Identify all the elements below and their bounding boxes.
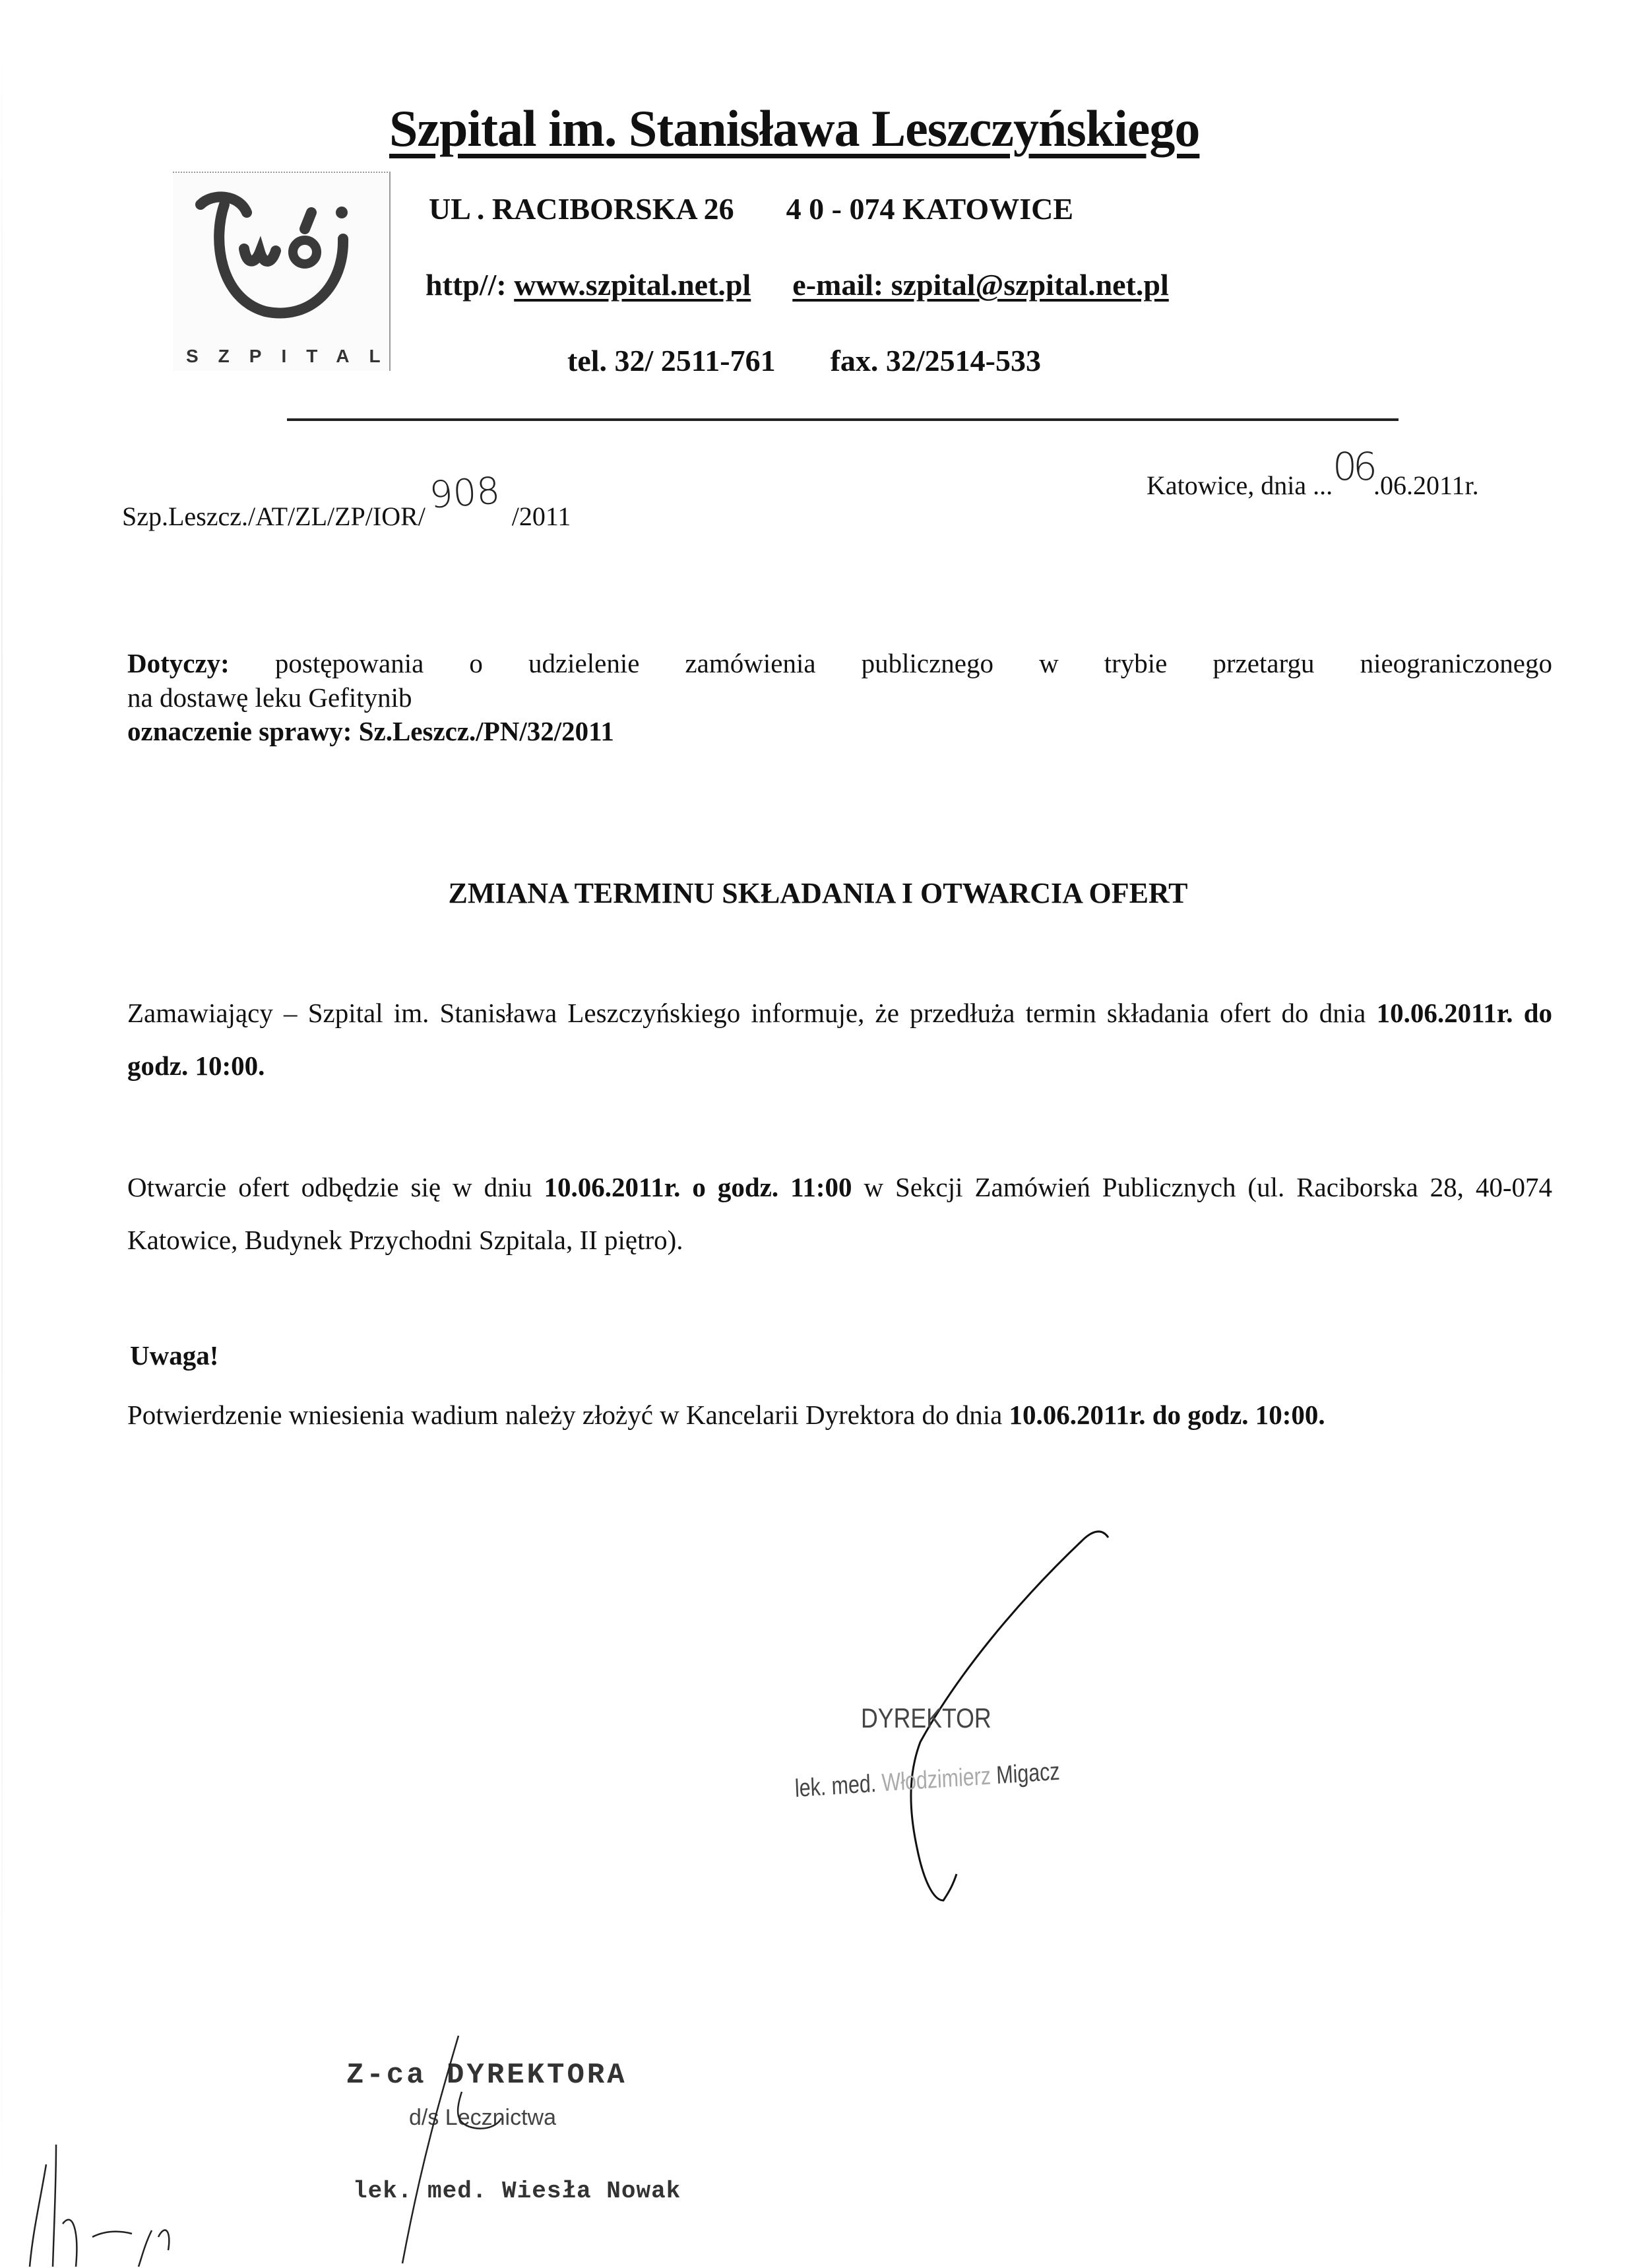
email-link[interactable]: e-mail: szpital@szpital.net.pl [792,268,1168,302]
smile-logo-icon [186,186,364,325]
telephone: tel. 32/ 2511-761 [567,344,776,377]
hospital-logo: SZPITAL [173,172,391,371]
date-dots: ... [1313,470,1333,500]
subject-line: Dotyczy: postępowania o udzielenie zamów… [127,647,1552,681]
reference-suffix: /2011 [512,502,571,531]
date-suffix: .06.2011r. [1373,470,1479,500]
handwritten-reference-number: 908 [428,469,501,517]
subject-block: Dotyczy: postępowania o udzielenie zamów… [127,647,1552,749]
director-last-name: Migacz [990,1758,1060,1790]
reference-prefix: Szp.Leszcz./AT/ZL/ZP/IOR/ [122,502,425,531]
note-text: Potwierdzenie wniesienia wadium należy z… [127,1400,1009,1430]
case-label: oznaczenie sprawy: [127,716,352,746]
director-name-prefix: lek. med. [794,1769,882,1803]
fax: fax. 32/2514-533 [831,344,1041,377]
paragraph2-text-a: Otwarcie ofert odbędzie się w dniu [127,1172,544,1202]
street-address: UL . RACIBORSKA 26 [429,192,734,226]
date-line: Katowice, dnia ...06.06.2011r. [1147,459,1479,503]
date-prefix: Katowice, dnia [1147,470,1313,500]
paragraph1-text: Zamawiający – Szpital im. Stanisława Les… [127,998,1377,1028]
phone-line: tel. 32/ 2511-761 fax. 32/2514-533 [567,343,1041,378]
paragraph2-datetime: 10.06.2011r. o godz. 11:00 [544,1172,852,1202]
deputy-signatures [0,2013,726,2268]
postal-city: 4 0 - 074 KATOWICE [786,192,1073,226]
note-label: Uwaga! [130,1340,218,1371]
hospital-name-title: Szpital im. Stanisława Leszczyńskiego [389,99,1199,158]
case-number-line: oznaczenie sprawy: Sz.Leszcz./PN/32/2011 [127,715,1552,749]
subject-label: Dotyczy: [127,648,230,678]
reference-number: Szp.Leszcz./AT/ZL/ZP/IOR/908/2011 [122,492,571,535]
website-link[interactable]: www.szpital.net.pl [514,268,751,302]
scan-edge-artifact [1,0,3,2268]
note-deadline: 10.06.2011r. do godz. 10:00. [1009,1400,1325,1430]
contact-web-line: http//: www.szpital.net.pl e-mail: szpit… [425,267,1169,302]
subject-text: postępowania o udzielenie zamówienia pub… [230,648,1552,678]
director-stamp-title: DYREKTOR [861,1702,991,1734]
paragraph-deadline-extension: Zamawiający – Szpital im. Stanisława Les… [127,987,1552,1093]
case-number: Sz.Leszcz./PN/32/2011 [352,716,613,746]
paragraph-opening: Otwarcie ofert odbędzie się w dniu 10.06… [127,1161,1552,1267]
address-line: UL . RACIBORSKA 26 4 0 - 074 KATOWICE [429,191,1073,226]
logo-wordmark: SZPITAL [173,346,389,367]
paragraph-note: Potwierdzenie wniesienia wadium należy z… [127,1389,1552,1442]
handwritten-day: 06 [1333,444,1373,489]
web-label: http//: [425,268,514,302]
header-divider [287,418,1399,421]
subject-line-2: na dostawę leku Gefitynib [127,681,1552,715]
notice-heading: ZMIANA TERMINU SKŁADANIA I OTWARCIA OFER… [0,876,1636,910]
